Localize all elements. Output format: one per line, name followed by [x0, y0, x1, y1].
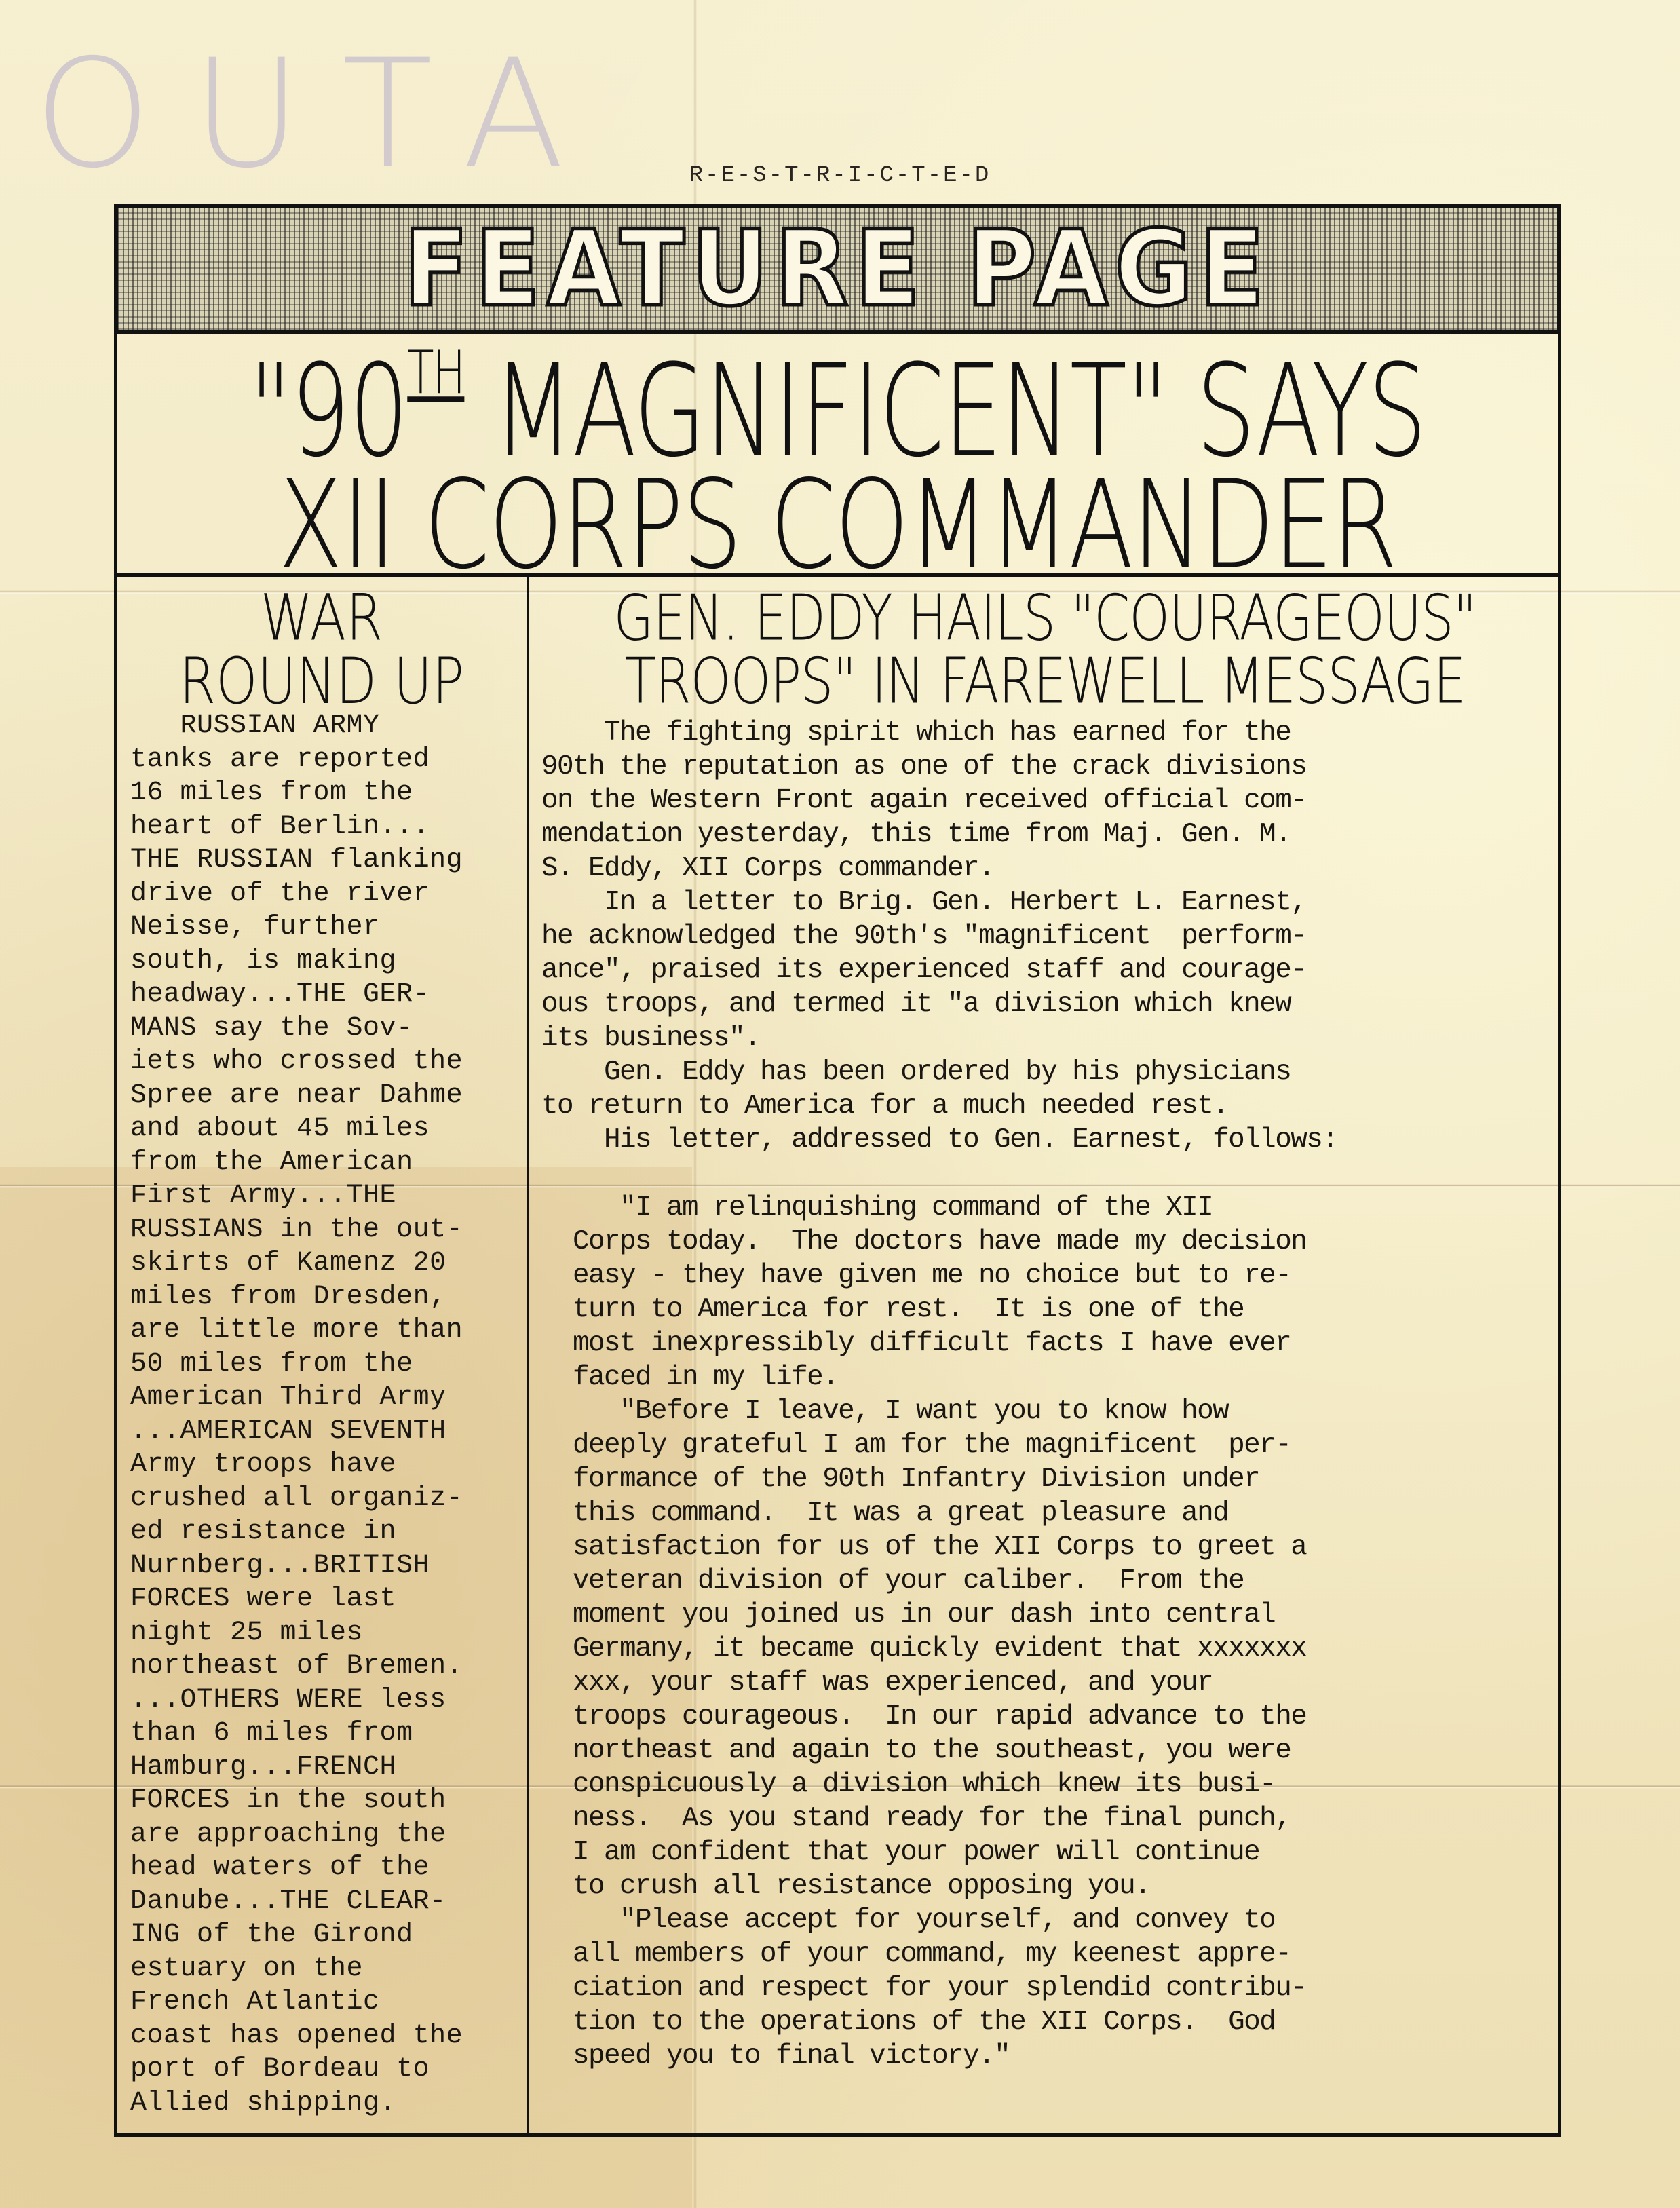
text-line: turn to America for rest. It is one of t…	[541, 1293, 1551, 1327]
text-line: ...AMERICAN SEVENTH	[130, 1415, 520, 1449]
text-line: Germany, it became quickly evident that …	[541, 1632, 1551, 1666]
text-line: First Army...THE	[130, 1179, 520, 1213]
text-line: south, is making	[130, 945, 520, 978]
text-line: port of Bordeau to	[130, 2053, 520, 2087]
text-line: this command. It was a great pleasure an…	[541, 1496, 1551, 1530]
text-line: formance of the 90th Infantry Division u…	[541, 1462, 1551, 1496]
text-line: tanks are reported	[130, 743, 520, 777]
text-line: head waters of the	[130, 1851, 520, 1885]
text-line: The fighting spirit which has earned for…	[541, 716, 1551, 750]
text-line: drive of the river	[130, 877, 520, 911]
paragraph-gap	[541, 1157, 1551, 1191]
text-line: skirts of Kamenz 20	[130, 1246, 520, 1280]
text-line: easy - they have given me no choice but …	[541, 1259, 1551, 1293]
text-line: xxx, your staff was experienced, and you…	[541, 1666, 1551, 1700]
text-line: Nurnberg...BRITISH	[130, 1549, 520, 1583]
text-line: night 25 miles	[130, 1616, 520, 1650]
text-line: "I am relinquishing command of the XII	[541, 1191, 1551, 1225]
text-line: ous troops, and termed it "a division wh…	[541, 987, 1551, 1021]
text-line: Corps today. The doctors have made my de…	[541, 1225, 1551, 1259]
text-line: FORCES were last	[130, 1582, 520, 1616]
text-line: coast has opened the	[130, 2019, 520, 2053]
text-line: crushed all organiz-	[130, 1482, 520, 1516]
text-line: deeply grateful I am for the magnificent…	[541, 1428, 1551, 1462]
text-line: he acknowledged the 90th's "magnificent …	[541, 919, 1551, 953]
text-line: FORCES in the south	[130, 1784, 520, 1818]
headline-box: "90TH MAGNIFICENT" SAYS XII CORPS COMMAN…	[114, 332, 1561, 577]
text-line: MANS say the Sov-	[130, 1012, 520, 1046]
text-line: veteran division of your caliber. From t…	[541, 1564, 1551, 1598]
text-line: "Please accept for yourself, and convey …	[541, 1903, 1551, 1937]
headline-ordinal: TH	[407, 338, 464, 408]
feature-page-banner: FEATURE PAGE	[114, 204, 1561, 334]
text-line: troops courageous. In our rapid advance …	[541, 1700, 1551, 1734]
text-line: RUSSIAN ARMY	[130, 709, 520, 743]
text-line: conspicuously a division which knew its …	[541, 1768, 1551, 1802]
text-line: "Before I leave, I want you to know how	[541, 1394, 1551, 1428]
text-line: 50 miles from the	[130, 1348, 520, 1382]
headline-line-2: XII CORPS COMMANDER	[167, 455, 1507, 596]
text-line: Spree are near Dahme	[130, 1079, 520, 1113]
text-line: heart of Berlin...	[130, 810, 520, 844]
text-line: headway...THE GER-	[130, 978, 520, 1012]
text-line: ness. As you stand ready for the final p…	[541, 1802, 1551, 1835]
text-line: S. Eddy, XII Corps commander.	[541, 852, 1551, 886]
text-line: French Atlantic	[130, 1985, 520, 2019]
text-line: In a letter to Brig. Gen. Herbert L. Ear…	[541, 886, 1551, 919]
article-body: WAR ROUND UP RUSSIAN ARMYtanks are repor…	[114, 577, 1561, 2137]
text-line: its business".	[541, 1021, 1551, 1055]
text-line: on the Western Front again received offi…	[541, 784, 1551, 818]
heading-line: GEN. EDDY HAILS "COURAGEOUS"	[532, 587, 1558, 650]
text-line: northeast and again to the southeast, yo…	[541, 1734, 1551, 1768]
farewell-message-heading: GEN. EDDY HAILS "COURAGEOUS" TROOPS" IN …	[532, 577, 1558, 712]
text-line: His letter, addressed to Gen. Earnest, f…	[541, 1123, 1551, 1157]
text-line: Danube...THE CLEAR-	[130, 1885, 520, 1919]
heading-line: TROOPS" IN FAREWELL MESSAGE	[532, 649, 1558, 712]
text-line: speed you to final victory."	[541, 2039, 1551, 2073]
text-line: all members of your command, my keenest …	[541, 1937, 1551, 1971]
text-line: satisfaction for us of the XII Corps to …	[541, 1530, 1551, 1564]
text-line: American Third Army	[130, 1381, 520, 1415]
text-line: are approaching the	[130, 1818, 520, 1852]
text-line: Neisse, further	[130, 911, 520, 945]
war-round-up-heading: WAR ROUND UP	[117, 577, 527, 714]
text-line: moment you joined us in our dash into ce…	[541, 1598, 1551, 1632]
heading-line: WAR	[117, 586, 527, 650]
text-line: northeast of Bremen.	[130, 1650, 520, 1683]
farewell-message-column: GEN. EDDY HAILS "COURAGEOUS" TROOPS" IN …	[532, 577, 1558, 2133]
text-line: miles from Dresden,	[130, 1280, 520, 1314]
war-round-up-column: WAR ROUND UP RUSSIAN ARMYtanks are repor…	[117, 577, 529, 2133]
text-line: 16 miles from the	[130, 776, 520, 810]
text-line: iets who crossed the	[130, 1045, 520, 1079]
heading-line: ROUND UP	[117, 650, 527, 714]
text-line: Gen. Eddy has been ordered by his physic…	[541, 1055, 1551, 1089]
text-line: ance", praised its experienced staff and…	[541, 953, 1551, 987]
text-line: tion to the operations of the XII Corps.…	[541, 2005, 1551, 2039]
classification-marking: R-E-S-T-R-I-C-T-E-D	[0, 163, 1680, 189]
text-line: mendation yesterday, this time from Maj.…	[541, 818, 1551, 852]
text-line: I am confident that your power will cont…	[541, 1835, 1551, 1869]
text-line: ...OTHERS WERE less	[130, 1683, 520, 1717]
text-line: ING of the Girond	[130, 1918, 520, 1952]
text-line: and about 45 miles	[130, 1112, 520, 1146]
banner-title: FEATURE PAGE	[404, 208, 1272, 329]
text-line: Hamburg...FRENCH	[130, 1751, 520, 1785]
text-line: RUSSIANS in the out-	[130, 1213, 520, 1247]
text-line: are little more than	[130, 1314, 520, 1348]
text-line: 90th the reputation as one of the crack …	[541, 750, 1551, 784]
text-line: Army troops have	[130, 1448, 520, 1482]
farewell-message-text: The fighting spirit which has earned for…	[541, 716, 1551, 2073]
text-line: from the American	[130, 1146, 520, 1180]
text-line: Allied shipping.	[130, 2087, 520, 2120]
text-line: ciation and respect for your splendid co…	[541, 1971, 1551, 2005]
text-line: faced in my life.	[541, 1360, 1551, 1394]
text-line: THE RUSSIAN flanking	[130, 843, 520, 877]
text-line: estuary on the	[130, 1952, 520, 1986]
text-line: to crush all resistance opposing you.	[541, 1869, 1551, 1903]
text-line: than 6 miles from	[130, 1717, 520, 1751]
text-line: to return to America for a much needed r…	[541, 1089, 1551, 1123]
text-line: ed resistance in	[130, 1515, 520, 1549]
text-line: most inexpressibly difficult facts I hav…	[541, 1327, 1551, 1360]
war-round-up-text: RUSSIAN ARMYtanks are reported16 miles f…	[130, 709, 520, 2120]
